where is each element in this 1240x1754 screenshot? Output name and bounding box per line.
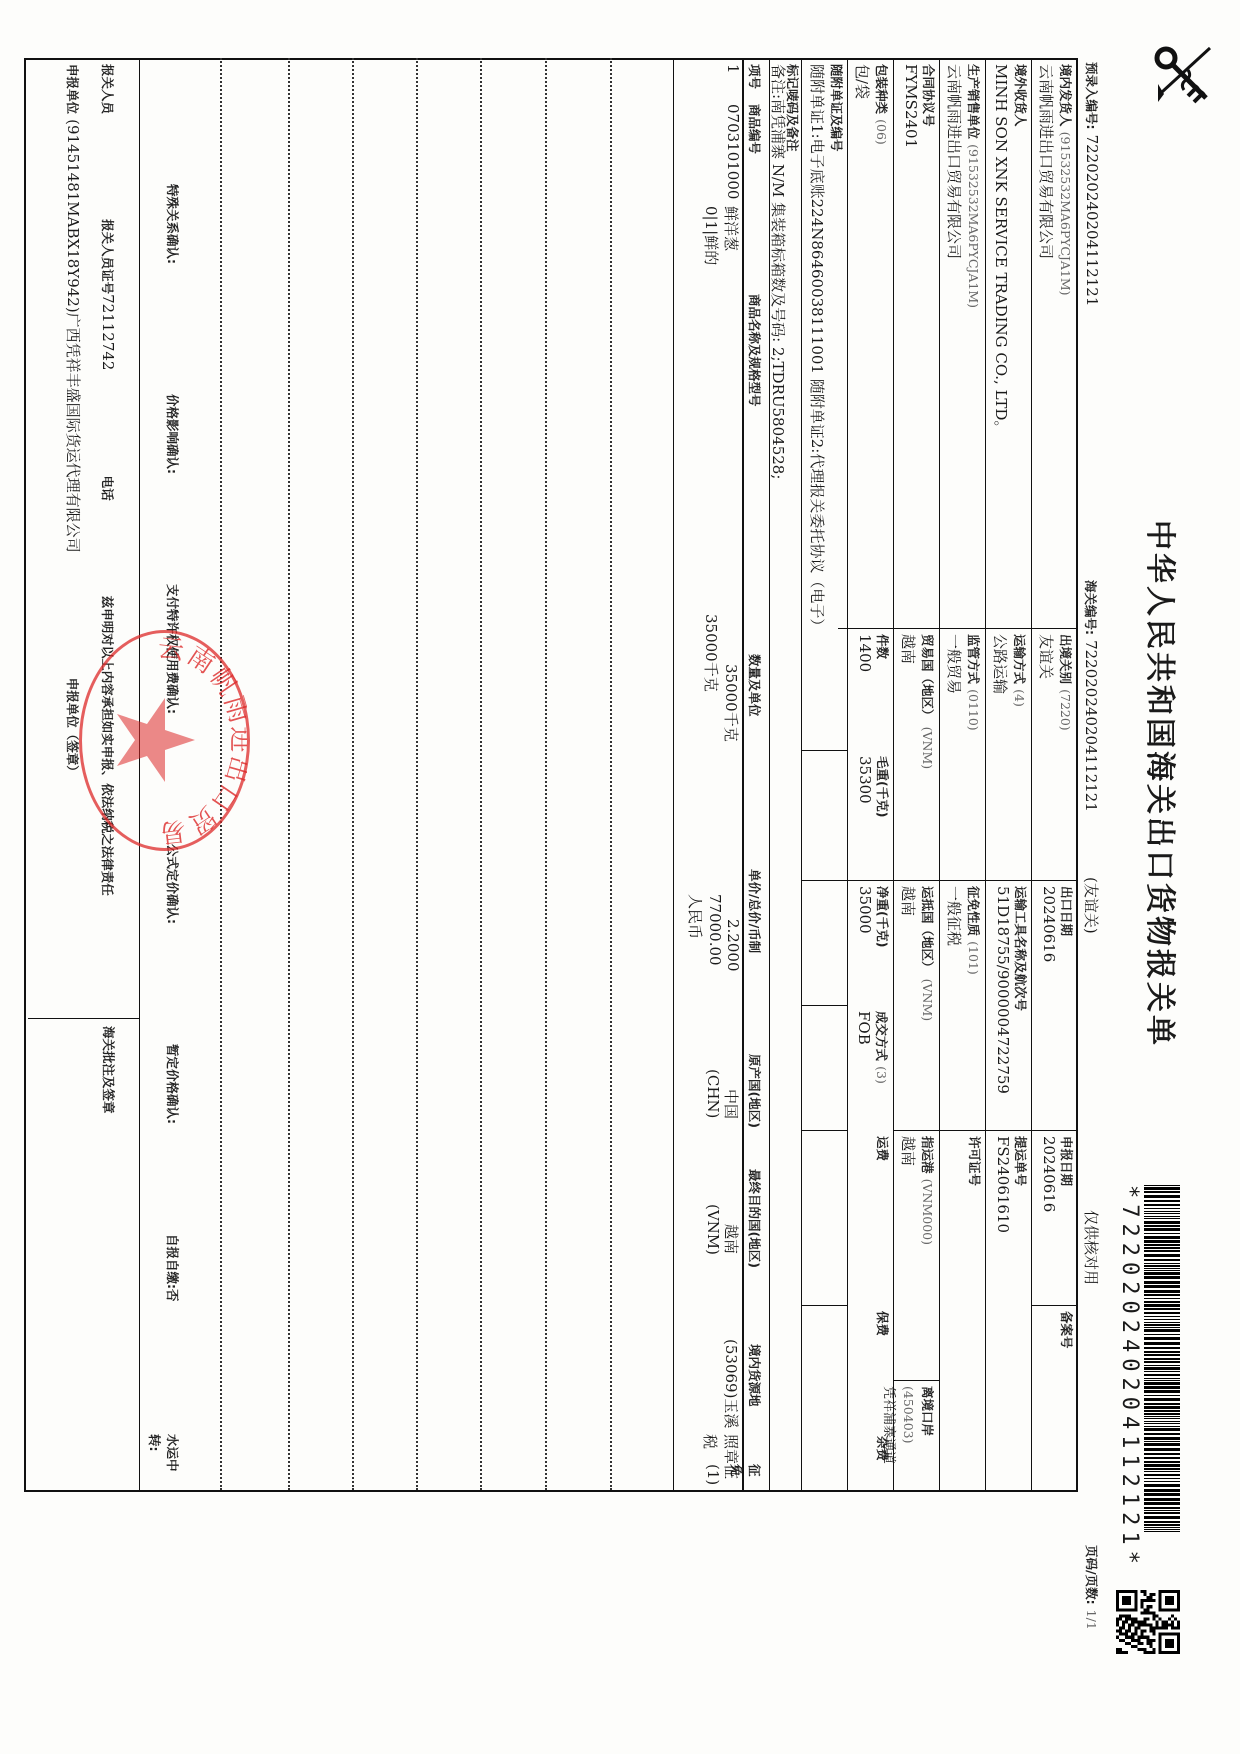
page-indicator: 页码/页数: 1/1 [1083, 1545, 1102, 1630]
overseas-consignee-field: 境外收货人 MINH SON XNK SERVICE TRADING CO., … [991, 64, 1030, 435]
goods-table-header: 项号 商品编号 商品名称及规格型号 数量及单位 单价/总价/币制 原产国(地区)… [746, 64, 764, 1484]
bill-of-lading-field: 提运单号 FS24061610 [994, 1136, 1030, 1233]
customs-emblem-icon [1148, 40, 1218, 110]
company-seal-stamp: 云南帆雨进出口贸易有限公司 [79, 630, 250, 851]
supervision-mode-field: 监管方式 (0110) 一般贸易 [944, 634, 984, 731]
marks-field: 标记唛码及备注 备注:南凭浦寨 N/M 集装箱标箱数及号码: 2;TDRU580… [770, 64, 800, 479]
domestic-shipper-field: 境内发货人 (91532532MA6PYCJA1M) 云南帆雨进出口贸易有限公司 [1036, 64, 1076, 296]
producer-field: 生产销售单位 (91532532MA6PYCJA1M) 云南帆雨进出口贸易有限公… [944, 64, 984, 308]
gross-weight-field: 毛重(千克) 35300 [856, 756, 892, 817]
destination-port-field: 指运港 (VNM000) 越南 [898, 1136, 938, 1245]
insurance-field: 保费 [874, 1311, 892, 1336]
table-row: 1 0703101000 鲜洋葱 0|1|鲜的 35000千克 35000千克 … [678, 64, 742, 1484]
documents-field: 随附单证及编号 随附单证1:电子底账224N864600381110​01 随附… [807, 64, 846, 633]
customs-number: 海关编号: 722020240204112121 (友谊关) [1081, 580, 1102, 934]
pieces-field: 件数 1400 [856, 634, 892, 672]
export-date-field: 出口日期 20240616 [1040, 886, 1076, 962]
levy-nature-field: 征免性质 (101) 一般征税 [944, 886, 984, 975]
qr-code-icon [1116, 1590, 1180, 1654]
declaration-barcode [1144, 1185, 1180, 1534]
freight-field: 运费 [874, 1136, 892, 1161]
customs-declaration-sheet: 中华人民共和国海关出口货物报关单 *722020240204112121* 预录… [0, 0, 1240, 1754]
net-weight-field: 净重(千克) 35000 [856, 886, 892, 947]
transport-mode-field: 运输方式 (4) 公路运输 [990, 634, 1030, 707]
trade-country-field: 贸易国（地区） (VNM) 越南 [898, 634, 938, 769]
declaring-unit-row: 申报单位 (91451481MABX18Y942)广西凭祥丰盛国际货运代理有限公… [63, 64, 84, 1014]
license-no-field: 许可证号 [966, 1136, 984, 1186]
conveyance-field: 运输工具名称及航次号 51D18755/9000004722759 [994, 886, 1030, 1094]
verification-note: 仅供核对用 [1081, 1210, 1102, 1285]
exit-customs-field: 出境关别 (7220) 友谊关 [1036, 634, 1076, 731]
pre-entry-number: 预录入编号: 722020240204112121 [1083, 62, 1102, 306]
page-title: 中华人民共和国海关出口货物报关单 [1141, 520, 1185, 1048]
record-no-field: 备案号 [1058, 1311, 1076, 1349]
barcode-text: *722020240204112121* [1117, 1185, 1142, 1570]
misc-fee-field: 杂费 [874, 1436, 892, 1461]
transaction-mode-field: 成交方式 (3) FOB [855, 1011, 892, 1084]
customs-remarks: 海关批注及签章 [100, 1026, 118, 1114]
declarant-row: 报关人员 报关人员证号72112742 电话 兹申明对以上内容承担如实申报、依法… [99, 64, 118, 1014]
declare-date-field: 申报日期 20240616 [1040, 1136, 1076, 1212]
contract-no-field: 合同协议号 FYMS2401 [902, 64, 938, 148]
package-type-field: 包装种类 (06) 包/袋 [852, 64, 892, 145]
destination-country-field: 运抵国（地区） (VNM) 越南 [898, 886, 938, 1021]
